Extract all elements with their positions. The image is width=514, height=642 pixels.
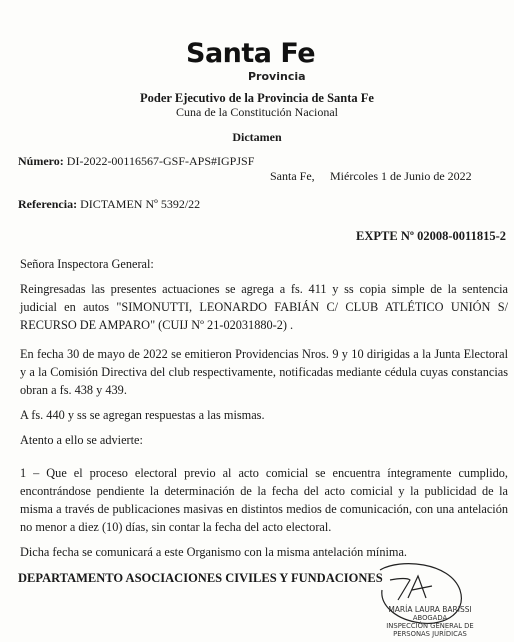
- salutation: Señora Inspectora General:: [20, 255, 508, 273]
- signer-title: ABOGADA: [385, 614, 475, 622]
- date: Miércoles 1 de Junio de 2022: [330, 169, 472, 184]
- paragraph: En fecha 30 de mayo de 2022 se emitieron…: [20, 345, 508, 399]
- paragraph: Atento a ello se advierte:: [20, 431, 508, 449]
- numero-value: DI-2022-00116567-GSF-APS#IGPJSF: [67, 154, 255, 168]
- referencia-label: Referencia:: [18, 197, 77, 211]
- referencia-field: Referencia: DICTAMEN Nº 5392/22: [18, 197, 200, 212]
- signer-office-line1: INSPECCIÓN GENERAL DE: [385, 622, 475, 630]
- paragraph: A fs. 440 y ss se agregan respuestas a l…: [20, 406, 508, 424]
- numero-field: Número: DI-2022-00116567-GSF-APS#IGPJSF: [18, 154, 254, 169]
- paragraph: Dicha fecha se comunicará a este Organis…: [20, 543, 508, 561]
- signer-name: MARÍA LAURA BARISSI: [385, 606, 475, 614]
- signer-office-line2: PERSONAS JURÍDICAS: [385, 630, 475, 638]
- expediente-number: EXPTE Nº 02008-0011815-2: [356, 229, 506, 244]
- signature-stamp: MARÍA LAURA BARISSI ABOGADA INSPECCIÓN G…: [385, 606, 475, 638]
- department-name: DEPARTAMENTO ASOCIACIONES CIVILES Y FUND…: [18, 571, 383, 586]
- organization-motto: Cuna de la Constitución Nacional: [0, 105, 514, 120]
- numero-label: Número:: [18, 154, 64, 168]
- place: Santa Fe,: [270, 169, 315, 184]
- paragraph: Reingresadas las presentes actuaciones s…: [20, 280, 508, 334]
- referencia-value: DICTAMEN Nº 5392/22: [80, 197, 200, 211]
- paragraph: 1 – Que el proceso electoral previo al a…: [20, 464, 508, 536]
- logo-provincia: Provincia: [248, 70, 306, 83]
- document-type: Dictamen: [0, 130, 514, 145]
- organization-title: Poder Ejecutivo de la Provincia de Santa…: [0, 91, 514, 106]
- logo-santa-fe: Santa Fe: [186, 38, 356, 69]
